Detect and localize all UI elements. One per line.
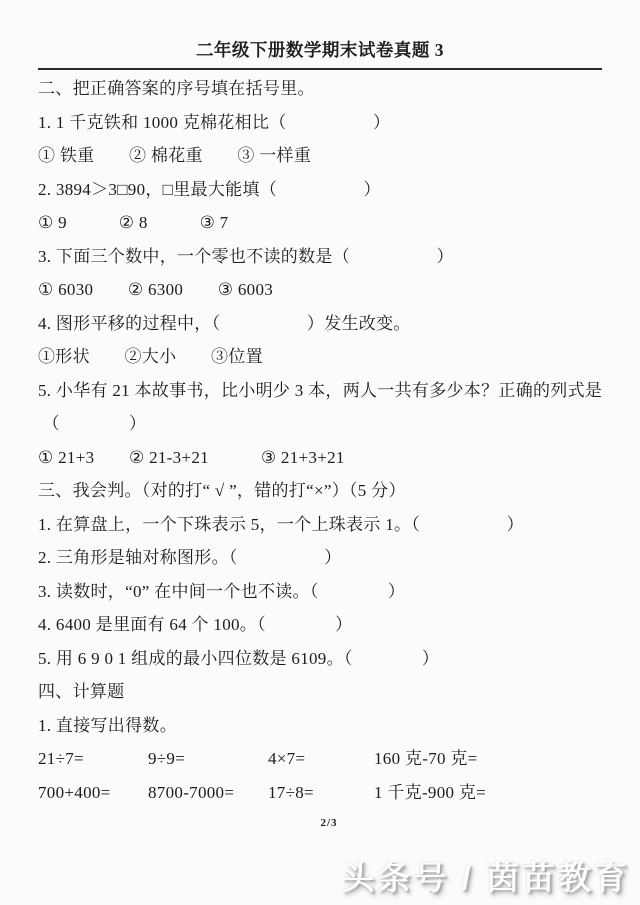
page-number: 2/3 [38,817,620,829]
calc-row: 21÷7= 9÷9= 4×7= 160 克-70 克= [38,742,620,776]
calc-expression: 21÷7= [38,742,148,776]
calc-expression: 17÷8= [268,776,374,810]
answer-blank-line: （ ） [38,407,620,441]
exam-page: 二年级下册数学期末试卷真题 3 二、把正确答案的序号填在括号里。 1. 1 千克… [0,0,640,905]
subsection-heading: 1. 直接写出得数。 [38,709,620,743]
question-line: 2. 3894＞3□90，□里最大能填（ ） [38,173,620,207]
calc-expression: 160 克-70 克= [374,742,620,776]
question-line: 2. 三角形是轴对称图形。（ ） [38,541,620,575]
calc-expression: 1 千克-900 克= [374,776,620,810]
options-line: ① 21+3 ② 21-3+21 ③ 21+3+21 [38,441,620,475]
section-heading-calc: 四、计算题 [38,675,620,709]
question-line: 5. 小华有 21 本故事书，比小明少 3 本，两人一共有多少本？正确的列式是 [38,374,620,408]
options-line: ① 9 ② 8 ③ 7 [38,206,620,240]
calc-expression: 9÷9= [148,742,268,776]
options-line: ① 6030 ② 6300 ③ 6003 [38,273,620,307]
calc-expression: 700+400= [38,776,148,810]
question-line: 1. 在算盘上，一个下珠表示 5，一个上珠表示 1。（ ） [38,508,620,542]
question-line: 5. 用 6 9 0 1 组成的最小四位数是 6109。（ ） [38,642,620,676]
options-line: ① 铁重 ② 棉花重 ③ 一样重 [38,139,620,173]
calc-expression: 8700-7000= [148,776,268,810]
question-line: 1. 1 千克铁和 1000 克棉花相比（ ） [38,106,620,140]
watermark: 头条号 / 茵苗教育 [341,852,630,899]
question-line: 3. 下面三个数中，一个零也不读的数是（ ） [38,240,620,274]
question-line: 3. 读数时，“0” 在中间一个也不读。（ ） [38,575,620,609]
question-line: 4. 6400 是里面有 64 个 100。（ ） [38,608,620,642]
calc-expression: 4×7= [268,742,374,776]
exam-body: 二、把正确答案的序号填在括号里。 1. 1 千克铁和 1000 克棉花相比（ ）… [0,70,640,829]
calc-row: 700+400= 8700-7000= 17÷8= 1 千克-900 克= [38,776,620,810]
section-heading-choice: 二、把正确答案的序号填在括号里。 [38,72,620,106]
options-line: ①形状 ②大小 ③位置 [38,340,620,374]
section-heading-judge: 三、我会判。（对的打“ √ ”，错的打“×”）（5 分） [38,474,620,508]
question-line: 4. 图形平移的过程中，（ ）发生改变。 [38,307,620,341]
page-title: 二年级下册数学期末试卷真题 3 [0,0,640,62]
